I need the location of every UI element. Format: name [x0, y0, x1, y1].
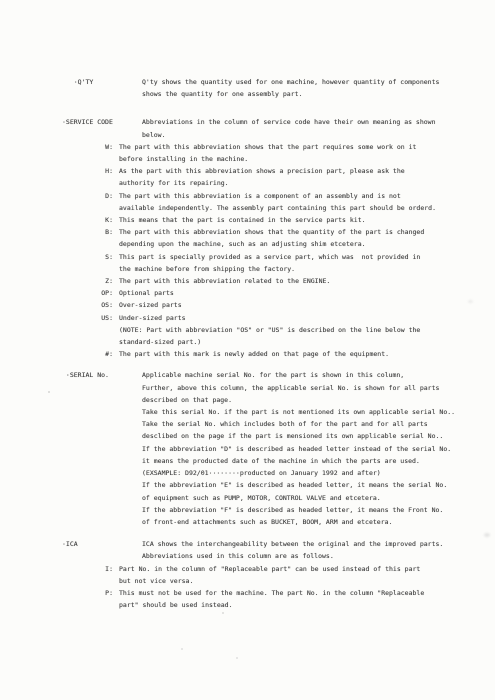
- code-description: The part with this mark is newly added o…: [119, 348, 389, 360]
- section-label: ·SERIAL No.: [62, 369, 142, 381]
- code-row: OP:Optional parts: [62, 287, 487, 299]
- code-row: H:As the part with this abbreviation sho…: [62, 165, 487, 189]
- section-serial-no: ·SERIAL No.Applicable machine serial No.…: [62, 369, 487, 528]
- code-key: I:: [62, 563, 113, 575]
- code-description: The part with this abbreviation is a com…: [119, 190, 436, 214]
- code-key: W:: [62, 141, 113, 153]
- section-intro: ICA shows the interchangeability between…: [142, 538, 443, 562]
- section-label: ·ICA: [62, 538, 142, 550]
- code-description: The part with this abbreviation shows th…: [119, 226, 424, 250]
- code-row: B:The part with this abbreviation shows …: [62, 226, 487, 250]
- code-key: K:: [62, 214, 113, 226]
- code-key: #:: [62, 348, 113, 360]
- code-row: P:This must not be used for the machine.…: [62, 587, 487, 611]
- code-description: Optional parts: [119, 287, 174, 299]
- code-description: The part with this abbreviation shows th…: [119, 141, 416, 165]
- section-intro-row: ·ICAICA shows the interchangeability bet…: [62, 538, 487, 562]
- scan-speck: [222, 612, 224, 614]
- code-description: This must not be used for the machine. T…: [119, 587, 424, 611]
- code-key: Z:: [62, 275, 113, 287]
- scan-smudge: [484, 533, 490, 537]
- section-label: ·Q'TY: [62, 76, 142, 88]
- code-key: H:: [62, 165, 113, 177]
- code-description: Under-sized parts (NOTE: Part with abbre…: [119, 312, 420, 349]
- code-description: As the part with this abbreviation shows…: [119, 165, 405, 189]
- code-row: K:This means that the part is contained …: [62, 214, 487, 226]
- code-key: S:: [62, 251, 113, 263]
- section-intro: Abbreviations in the column of service c…: [142, 116, 436, 140]
- code-key: P:: [62, 587, 113, 599]
- section-qty: ·Q'TYQ'ty shows the quantity used for on…: [62, 76, 487, 100]
- scanned-manual-page: ·Q'TYQ'ty shows the quantity used for on…: [0, 0, 495, 700]
- code-key: US:: [62, 312, 113, 324]
- code-row: US:Under-sized parts (NOTE: Part with ab…: [62, 312, 487, 349]
- code-description: The part with this abbreviation related …: [119, 275, 330, 287]
- code-row: S:This part is specially provided as a s…: [62, 251, 487, 275]
- section-intro: Applicable machine serial No. for the pa…: [142, 369, 455, 528]
- code-description: This part is specially provided as a ser…: [119, 251, 420, 275]
- code-row: Z:The part with this abbreviation relate…: [62, 275, 487, 287]
- code-description: Part No. in the column of "Replaceable p…: [119, 563, 420, 587]
- code-row: #:The part with this mark is newly added…: [62, 348, 487, 360]
- scan-speck: [48, 391, 50, 393]
- code-key: B:: [62, 226, 113, 238]
- code-description: This means that the part is contained in…: [119, 214, 366, 226]
- code-key: OS:: [62, 299, 113, 311]
- scan-smudge: [468, 300, 473, 303]
- section-intro-row: ·SERVICE CODEAbbreviations in the column…: [62, 116, 487, 140]
- section-label: ·SERVICE CODE: [62, 116, 142, 128]
- code-row: W:The part with this abbreviation shows …: [62, 141, 487, 165]
- code-key: OP:: [62, 287, 113, 299]
- code-key: D:: [62, 190, 113, 202]
- section-intro: Q'ty shows the quantity used for one mac…: [142, 76, 439, 100]
- code-row: I:Part No. in the column of "Replaceable…: [62, 563, 487, 587]
- code-row: D:The part with this abbreviation is a c…: [62, 190, 487, 214]
- code-row: OS:Over-sized parts: [62, 299, 487, 311]
- sections-container: ·Q'TYQ'ty shows the quantity used for on…: [62, 76, 487, 611]
- code-description: Over-sized parts: [119, 299, 182, 311]
- scan-speck: [236, 657, 238, 659]
- section-intro-row: ·Q'TYQ'ty shows the quantity used for on…: [62, 76, 487, 100]
- section-intro-row: ·SERIAL No.Applicable machine serial No.…: [62, 369, 487, 528]
- section-service-code: ·SERVICE CODEAbbreviations in the column…: [62, 116, 487, 360]
- section-ica: ·ICAICA shows the interchangeability bet…: [62, 538, 487, 611]
- scan-speck: [181, 648, 183, 650]
